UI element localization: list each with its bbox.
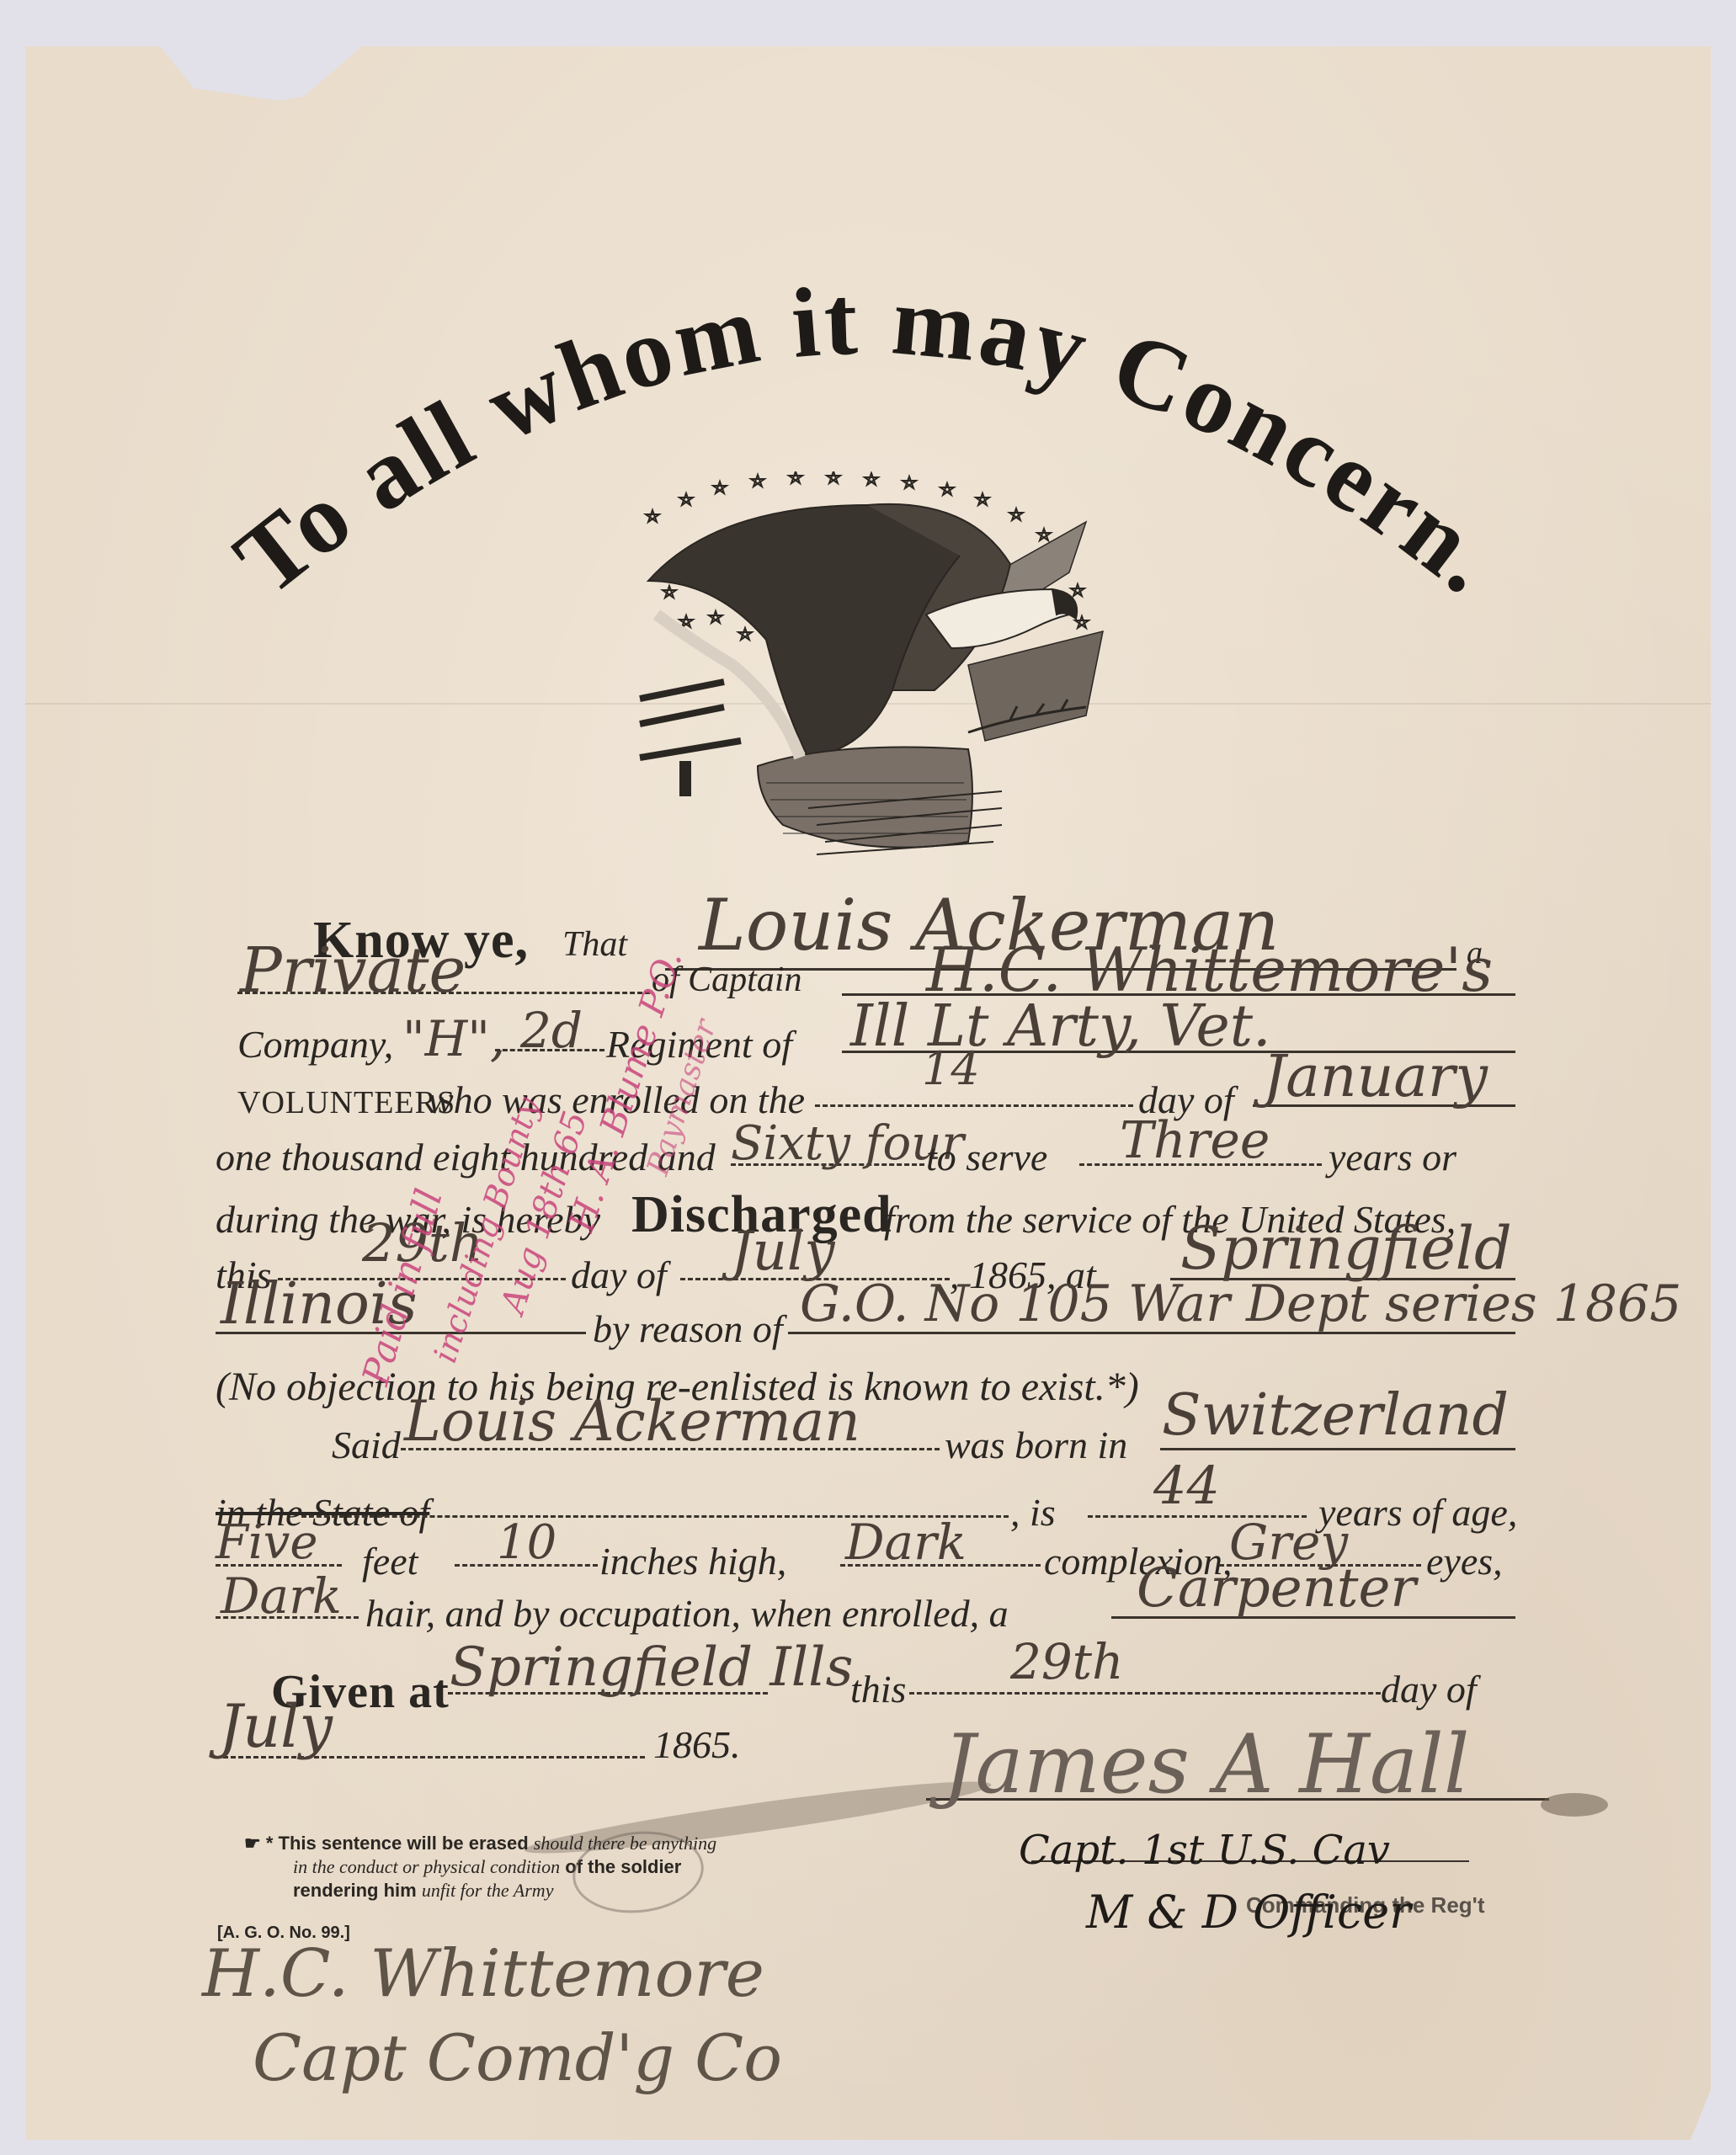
field-discharge-place[interactable]: Springfield — [1180, 1214, 1512, 1283]
label-company: Company, — [237, 1022, 393, 1067]
ink-blot — [1541, 1793, 1608, 1817]
field-hair[interactable]: Dark — [221, 1567, 342, 1625]
label-one-thousand: one thousand eight hundred and — [216, 1135, 716, 1179]
label-by-reason: by reason of — [593, 1306, 783, 1351]
field-enrolled-month[interactable]: January — [1263, 1044, 1488, 1110]
field-regiment-number[interactable]: 2d — [520, 1002, 583, 1059]
label-day-of-3: day of — [1381, 1667, 1477, 1711]
label-years-of-age: years of age, — [1318, 1490, 1517, 1535]
label-day-of-2: day of — [571, 1253, 667, 1297]
label-inches-high: inches high, — [599, 1539, 786, 1583]
label-years-or: years or — [1329, 1135, 1456, 1179]
label-feet: feet — [362, 1539, 418, 1583]
label-given-year: 1865. — [653, 1722, 741, 1767]
label-hair-occupation: hair, and by occupation, when enrolled, … — [365, 1591, 1009, 1636]
eagle-emblem-icon — [615, 471, 1137, 867]
field-age[interactable]: 44 — [1153, 1455, 1220, 1516]
field-occupation[interactable]: Carpenter — [1137, 1557, 1416, 1620]
field-given-place[interactable]: Springfield Ills — [450, 1636, 853, 1699]
field-given-day[interactable]: 29th — [1010, 1633, 1123, 1690]
field-enrolled-day[interactable]: 14 — [922, 1042, 980, 1095]
field-term[interactable]: Three — [1120, 1111, 1270, 1170]
field-complexion[interactable]: Dark — [845, 1514, 967, 1571]
label-to-serve: to serve — [926, 1135, 1047, 1179]
commanding-title-2: M & D Officer — [1086, 1886, 1411, 1939]
field-birthplace[interactable]: Switzerland — [1162, 1382, 1509, 1449]
label-that: That — [562, 924, 627, 965]
label-volunteers: VOLUNTEERS — [237, 1084, 455, 1121]
signature-company-officer: H.C. Whittemore — [202, 1936, 764, 2012]
label-was-born-in: was born in — [945, 1423, 1127, 1467]
footnote-marker-icon: ☛ * — [244, 1833, 273, 1854]
field-rank[interactable]: Private — [240, 934, 466, 1007]
field-company[interactable]: "H", — [402, 1010, 505, 1067]
field-said-name[interactable]: Louis Ackerman — [404, 1389, 860, 1454]
label-this-2: this — [850, 1667, 906, 1711]
given-day-line — [909, 1692, 1381, 1695]
label-eyes: eyes, — [1426, 1539, 1503, 1583]
company-officer-title: Capt Comd'g Co — [253, 2020, 782, 2095]
field-discharge-month[interactable]: July — [731, 1221, 835, 1283]
label-is: , is — [1010, 1490, 1056, 1535]
signature-commanding-officer: James A Hall — [943, 1717, 1470, 1812]
field-reason[interactable]: G.O. No 105 War Dept series 1865 — [800, 1274, 1681, 1333]
enrolled-day-line — [815, 1104, 1133, 1107]
field-regiment-name[interactable]: Ill Lt Arty, Vet. — [850, 993, 1271, 1060]
label-said: Said — [332, 1423, 401, 1467]
commanding-title-1: Capt. 1st U.S. Cav — [1019, 1827, 1390, 1874]
field-height-inches[interactable]: 10 — [497, 1515, 556, 1570]
field-given-month[interactable]: July — [219, 1692, 333, 1761]
field-height-feet[interactable]: Five — [216, 1515, 318, 1570]
